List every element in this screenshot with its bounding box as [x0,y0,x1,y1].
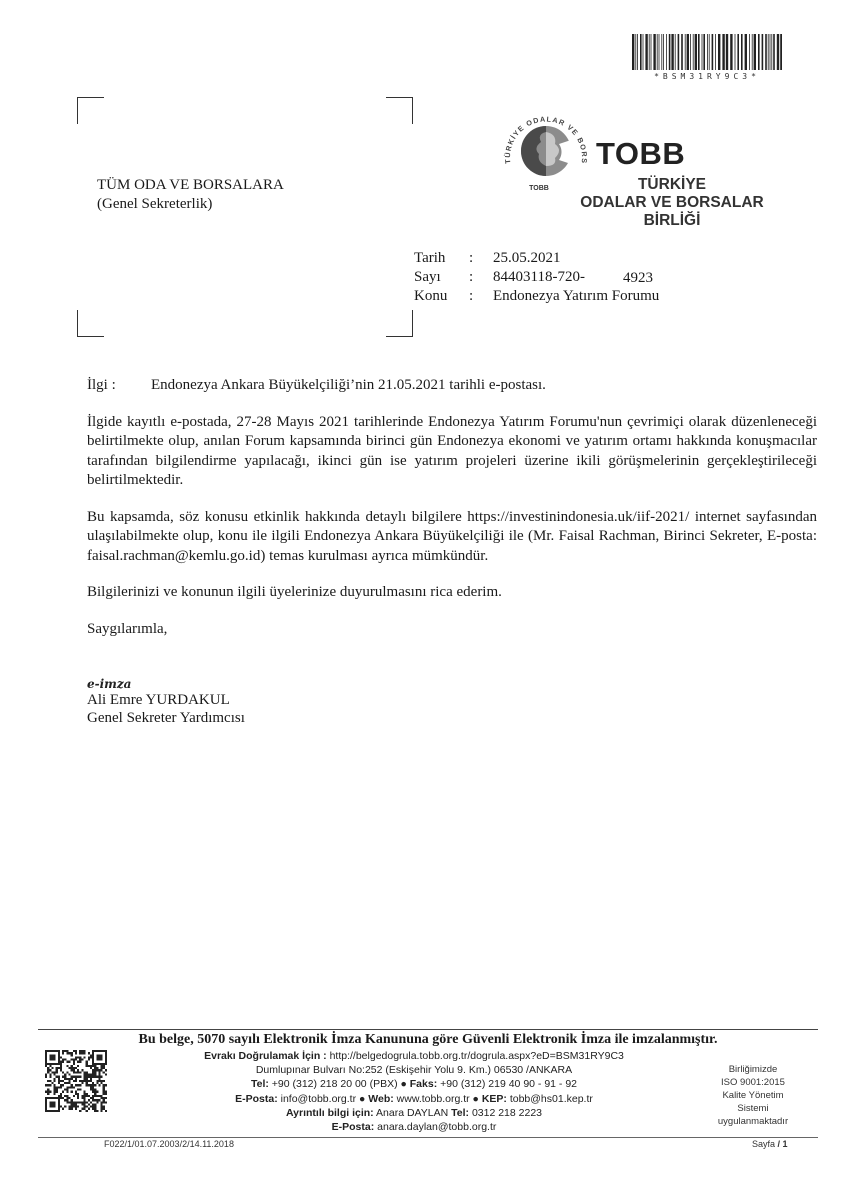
info-label: Ayrıntılı bilgi için: [286,1107,374,1119]
page-label: Sayfa [752,1139,775,1149]
footer-divider-bottom [38,1137,818,1138]
info-tel-label: Tel: [451,1107,469,1119]
logo-name-line-3: BİRLİĞİ [556,212,788,230]
signature-block: e-imza Ali Emre YURDAKUL Genel Sekreter … [87,677,245,727]
corner-mark-top-right [386,97,413,124]
meta-row-date: Tarih : 25.05.2021 [414,249,659,268]
phone-line: Tel: +90 (312) 218 20 00 (PBX) ● Faks: +… [160,1077,668,1091]
recipient-block: TÜM ODA VE BORSALARA (Genel Sekreterlik) [97,176,284,214]
corner-mark-bottom-left [77,310,104,337]
info-tel-value: 0312 218 2223 [472,1107,542,1119]
contact-email-line: E-Posta: anara.daylan@tobb.org.tr [160,1120,668,1134]
verify-label: Evrakı Doğrulamak İçin : [204,1050,327,1062]
svg-text:TOBB: TOBB [529,185,549,192]
subject-label: Konu [414,287,469,306]
closing: Saygılarımla, [87,620,817,640]
bullet-icon: ● [359,1093,365,1105]
page-value: / 1 [778,1139,788,1149]
number-value: 84403118-720- [493,268,585,287]
reference-text: Endonezya Ankara Büyükelçiliği’nin 21.05… [151,376,546,396]
paragraph-1: İlgide kayıtlı e-postada, 27-28 Mayıs 20… [87,413,817,491]
iso-line-5: uygulanmaktadır [700,1115,806,1128]
email-link[interactable]: info@tobb.org.tr [281,1093,356,1105]
e-signature-mark: e-imza [87,677,245,691]
bullet-icon: ● [473,1093,479,1105]
recipient-line-1: TÜM ODA VE BORSALARA [97,176,284,195]
reference-label: İlgi : [87,376,151,396]
fax-value: +90 (312) 219 40 90 - 91 - 92 [440,1078,577,1090]
iso-line-4: Sistemi [700,1102,806,1115]
email-label: E-Posta: [235,1093,278,1105]
address-line: Dumlupınar Bulvarı No:252 (Eskişehir Yol… [160,1063,668,1077]
footer-divider-top [38,1029,818,1030]
verify-url-link[interactable]: http://belgedogrula.tobb.org.tr/dogrula.… [330,1050,624,1062]
logo-organization-name: TÜRKİYE ODALAR VE BORSALAR BİRLİĞİ [556,176,788,230]
online-contact-line: E-Posta: info@tobb.org.tr ● Web: www.tob… [160,1092,668,1106]
corner-mark-bottom-right [386,310,413,337]
web-link[interactable]: www.tobb.org.tr [397,1093,470,1105]
logo-name-line-1: TÜRKİYE [556,176,788,194]
page-number: Sayfa / 1 [752,1139,788,1149]
logo-name-line-2: ODALAR VE BORSALAR [556,194,788,212]
date-separator: : [469,249,493,268]
paragraph-2: Bu kapsamda, söz konusu etkinlik hakkınd… [87,508,817,567]
paragraph-3: Bilgilerinizi ve konunun ilgili üyelerin… [87,583,817,603]
iso-line-2: ISO 9001:2015 [700,1076,806,1089]
date-label: Tarih [414,249,469,268]
form-code: F022/1/01.07.2003/2/14.11.2018 [104,1139,234,1149]
subject-value: Endonezya Yatırım Forumu [493,287,659,306]
verify-line: Evrakı Doğrulamak İçin : http://belgedog… [160,1049,668,1063]
tel-label: Tel: [251,1078,269,1090]
recipient-line-2: (Genel Sekreterlik) [97,195,284,214]
reference-line: İlgi : Endonezya Ankara Büyükelçiliği’ni… [87,376,817,396]
subject-separator: : [469,287,493,306]
fax-label: Faks: [410,1078,437,1090]
number-suffix: 4923 [623,270,653,287]
logo-acronym: TOBB [596,136,685,172]
iso-line-1: Birliğimizde [700,1063,806,1076]
qr-code-image [45,1050,107,1112]
iso-line-3: Kalite Yönetim [700,1089,806,1102]
meta-row-subject: Konu : Endonezya Yatırım Forumu [414,287,659,306]
signer-name: Ali Emre YURDAKUL [87,691,245,709]
corner-mark-top-left [77,97,104,124]
kep-link[interactable]: tobb@hs01.kep.tr [510,1093,593,1105]
contact-person-line: Ayrıntılı bilgi için: Anara DAYLAN Tel: … [160,1106,668,1120]
info-email-label: E-Posta: [332,1121,375,1133]
tel-value: +90 (312) 218 20 00 (PBX) [272,1078,398,1090]
web-label: Web: [368,1093,393,1105]
info-name: Anara DAYLAN [376,1107,448,1119]
iso-certification-note: Birliğimizde ISO 9001:2015 Kalite Yöneti… [700,1063,806,1128]
date-value: 25.05.2021 [493,249,561,268]
signer-title: Genel Sekreter Yardımcısı [87,709,245,727]
kep-label: KEP: [482,1093,507,1105]
info-email-link[interactable]: anara.daylan@tobb.org.tr [377,1121,496,1133]
letter-body: İlgi : Endonezya Ankara Büyükelçiliği’ni… [87,376,817,639]
barcode-text: *BSM31RY9C3* [632,72,782,81]
number-separator: : [469,268,493,287]
footer-contact-block: Evrakı Doğrulamak İçin : http://belgedog… [160,1049,668,1134]
e-signature-legal-notice: Bu belge, 5070 sayılı Elektronik İmza Ka… [38,1032,818,1048]
barcode-image [632,34,782,70]
number-label: Sayı [414,268,469,287]
bullet-icon: ● [401,1078,407,1090]
